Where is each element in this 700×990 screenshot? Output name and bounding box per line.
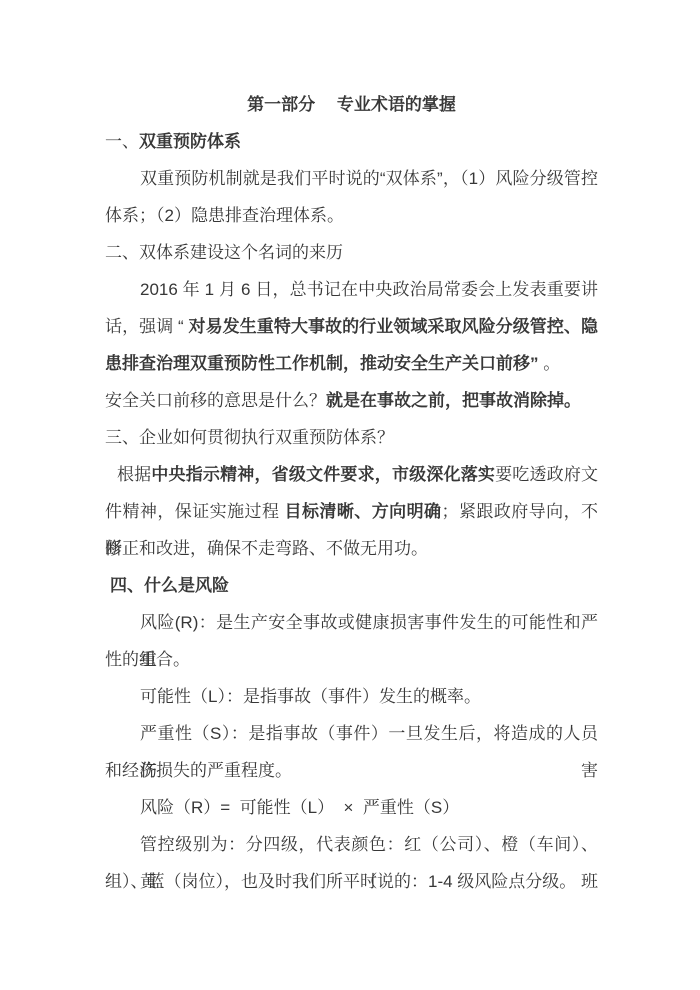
bold-text-segment: 就是在事故之前，把事故消除掉。 (326, 391, 581, 410)
text-segment: 性的组合。 (105, 650, 190, 669)
bold-text-segment: 患排查治理双重预防性工作机制，推动安全生产关口前移” (105, 354, 539, 373)
para-line: 根据中央指示精神，省级文件要求，市级深化落实要吃透政府文 (105, 456, 598, 493)
heading-section-3: 三、企业如何贯彻执行双重预防体系？ (105, 419, 598, 456)
text-segment: 可能性（L）：是指事故（事件）发生的概率。 (140, 687, 481, 706)
text-segment: 和经济损失的严重程度。 (105, 761, 292, 780)
para-line: 管控级别为：分四级，代表颜色：红（公司）、橙（车间）、黄（班 (105, 826, 598, 863)
para-line: 组）、蓝（岗位），也及时我们所平时说的：1-4 级风险点分级。 (105, 863, 598, 900)
document-body: 第一部分 专业术语的掌握一、双重预防体系双重预防机制就是我们平时说的“双体系”，… (105, 86, 598, 900)
text-segment: 二、双体系建设这个名词的来历 (105, 243, 343, 262)
para-line: 体系；（2）隐患排查治理体系。 (105, 197, 598, 234)
para-line: 严重性（S）：是指事故（事件）一旦发生后，将造成的人员伤害 (105, 715, 598, 752)
heading-section-4: 四、什么是风险 (105, 567, 598, 604)
text-segment: 。 (539, 354, 561, 373)
para-line: 修正和改进，确保不走弯路、不做无用功。 (105, 530, 598, 567)
heading-section-2: 二、双体系建设这个名词的来历 (105, 234, 598, 271)
text-segment: 话，强调 “ (105, 317, 189, 336)
bold-text-segment: 双重预防体系 (139, 132, 241, 151)
bold-text-segment: 第一部分 专业术语的掌握 (247, 95, 456, 114)
text-segment: 修正和改进，确保不走弯路、不做无用功。 (105, 539, 428, 558)
para-line: 话，强调 “ 对易发生重特大事故的行业领域采取风险分级管控、隐 (105, 308, 598, 345)
text-segment: 要吃透政府文 (495, 465, 598, 484)
document-page: 第一部分 专业术语的掌握一、双重预防体系双重预防机制就是我们平时说的“双体系”，… (0, 0, 700, 990)
text-segment: 组）、蓝（岗位），也及时我们所平时说的：1-4 级风险点分级。 (105, 872, 576, 891)
text-segment: 三、企业如何贯彻执行双重预防体系？ (105, 428, 394, 447)
text-segment: 件精神，保证实施过程 (105, 502, 285, 521)
para-line: 风险(R)：是生产安全事故或健康损害事件发生的可能性和严重 (105, 604, 598, 641)
para-line: 风险（R）= 可能性（L） × 严重性（S） (105, 789, 598, 826)
text-segment: 安全关口前移的意思是什么？ (105, 391, 326, 410)
bold-text-segment: 对易发生重特大事故的行业领域采取风险分级管控、隐 (189, 317, 599, 336)
para-line: 可能性（L）：是指事故（事件）发生的概率。 (105, 678, 598, 715)
bold-text-segment: 中央指示精神，省级文件要求，市级深化落实 (151, 465, 495, 484)
text-segment: 风险（R）= 可能性（L） × 严重性（S） (140, 798, 459, 817)
text-segment: 一、 (105, 132, 139, 151)
para-line: 件精神，保证实施过程 目标清晰、方向明确；紧跟政府导向，不断 (105, 493, 598, 530)
bold-text-segment: 目标清晰、方向明确 (285, 502, 442, 521)
text-segment: 体系；（2）隐患排查治理体系。 (105, 206, 344, 225)
bold-text-segment: 四、什么是风险 (110, 576, 229, 595)
para-line: 患排查治理双重预防性工作机制，推动安全生产关口前移” 。 (105, 345, 598, 382)
text-segment: 2016 年 1 月 6 日，总书记在中央政治局常委会上发表重要讲 (140, 280, 598, 299)
para-line: 性的组合。 (105, 641, 598, 678)
doc-title: 第一部分 专业术语的掌握 (105, 86, 598, 123)
text-segment: 双重预防机制就是我们平时说的“双体系”，（1）风险分级管控 (140, 169, 598, 188)
para-line: 双重预防机制就是我们平时说的“双体系”，（1）风险分级管控 (105, 160, 598, 197)
heading-section-1: 一、双重预防体系 (105, 123, 598, 160)
para-line: 安全关口前移的意思是什么？就是在事故之前，把事故消除掉。 (105, 382, 598, 419)
para-line: 2016 年 1 月 6 日，总书记在中央政治局常委会上发表重要讲 (105, 271, 598, 308)
text-segment: 根据 (117, 465, 151, 484)
